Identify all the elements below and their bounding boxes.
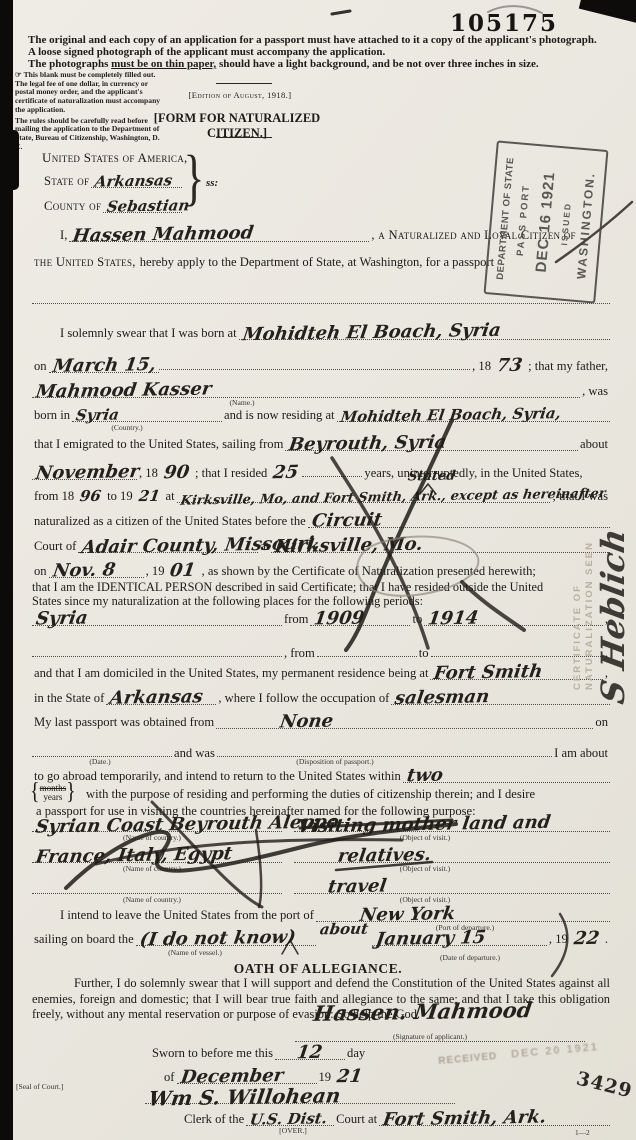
- country2-handwritten: France, Italy, Egypt: [31, 848, 237, 864]
- state-blank: Arkansas: [91, 174, 182, 188]
- born-date-line: on March 15, , 18 73 ; that my father,: [32, 356, 610, 374]
- applicant-signature-handwritten: Hassen. Mahmood: [309, 1004, 537, 1020]
- emigrated-line: that I emigrated to the United States, s…: [32, 437, 610, 452]
- divider-rule-bottom: [216, 137, 272, 138]
- last-passport-line: My last passport was obtained from None …: [32, 715, 610, 730]
- vessel-line: sailing on board the (I do not know) abo…: [32, 932, 610, 947]
- fee-paragraph-1: ☞ This blank must be completely filled o…: [15, 71, 168, 115]
- places-handwritten: Kirksville, Mo, and Fort Smith, Ark., ex…: [175, 488, 610, 508]
- stated-insertion-handwritten: Stated: [403, 471, 460, 484]
- period1-from-handwritten: 1909: [310, 612, 370, 625]
- notice-line-3: The photographs must be on thin paper, s…: [28, 58, 616, 70]
- object1-caption: (Object of visit.): [400, 833, 450, 842]
- born-line: I solemnly swear that I was born at Mohi…: [58, 326, 610, 341]
- country-row-3: travel: [32, 880, 610, 894]
- apply-smallcaps: the United States,: [32, 255, 138, 270]
- father-country-handwritten: Syria: [71, 409, 124, 422]
- edition-note: [Edition of August, 1918.]: [150, 90, 330, 100]
- vessel-handwritten: (I do not know): [135, 932, 300, 947]
- scan-edge-left: [0, 0, 13, 1140]
- from-year-handwritten: 96: [75, 490, 106, 503]
- years-option: years: [43, 793, 62, 802]
- name-blank: Hassen Mahmood: [69, 228, 369, 242]
- vessel-caption: (Name of vessel.): [168, 948, 222, 957]
- sworn-line: Sworn to before me this 12 day: [150, 1046, 450, 1061]
- venue-state-line: State of Arkansas: [42, 174, 182, 189]
- apply-rest: hereby apply to the Department of State,…: [138, 255, 496, 270]
- county-label: County of: [42, 199, 103, 214]
- father-residence-handwritten: Mohidteh El Boach, Syria,: [335, 407, 565, 423]
- nat-year-handwritten: 01: [166, 565, 201, 578]
- ss-abbreviation: ss:: [206, 177, 218, 189]
- country-caption: (Country.): [111, 423, 142, 432]
- county-handwritten: Sebastian: [102, 199, 194, 213]
- sailed-from-handwritten: Beyrouth, Syria: [284, 437, 451, 452]
- sworn-month-handwritten: December: [176, 1070, 288, 1084]
- date-caption: (Date.): [89, 757, 110, 766]
- state-occupation-line: in the State of Arkansas , where I follo…: [32, 691, 610, 706]
- sail-year-handwritten: 90: [159, 467, 194, 480]
- department-of-state-stamp: DEPARTMENT OF STATE PASS PORT DEC 16 192…: [484, 140, 609, 303]
- state-label: State of: [42, 174, 91, 189]
- return-within-line: to go abroad temporarily, and intend to …: [32, 769, 610, 784]
- nat-date-handwritten: Nov. 8: [48, 564, 120, 577]
- over-note: [OVER.]: [279, 1126, 307, 1135]
- occupation-handwritten: salesman: [390, 691, 494, 705]
- page-mark: 1—2: [575, 1128, 590, 1137]
- to-year-handwritten: 21: [134, 490, 165, 503]
- naturalized-line: naturalized as a citizen of the United S…: [32, 514, 610, 529]
- seal-of-court-note: [Seal of Court.]: [16, 1082, 63, 1091]
- country3-caption: (Name of country.): [123, 895, 181, 904]
- clerk-court-line: Clerk of the U.S. Dist. Court at Fort Sm…: [182, 1112, 610, 1127]
- period-row-1: Syria from 1909 to 1914 ,: [32, 612, 610, 627]
- period1-place-handwritten: Syria: [31, 612, 92, 625]
- periods-intro-line: States since my naturalization at the fo…: [32, 594, 610, 609]
- born-year-handwritten: 73: [492, 360, 527, 373]
- father-born-line: born in Syria and is now residing at Moh…: [32, 408, 610, 423]
- identical-person-line: that I am the IDENTICAL PERSON described…: [32, 580, 610, 595]
- serial-number: 105175: [450, 10, 558, 37]
- born-place-blank: Mohidteh El Boach, Syria: [239, 326, 610, 340]
- country-row-1: Syrian Coast Beyrouth Aleppo Visiting mo…: [32, 818, 610, 832]
- period-row-2: , from to ,: [32, 643, 610, 661]
- born-label: I solemnly swear that I was born at: [58, 326, 239, 341]
- clerk-signature-handwritten: Wm S. Willohean: [144, 1089, 345, 1104]
- certificate-seen-stamp: CERTIFICATE OF NATURALIZATION SEEN: [572, 440, 596, 690]
- name-caption: (Name.): [229, 398, 254, 407]
- born-place-handwritten: Mohidteh El Boach, Syria: [237, 325, 505, 342]
- court-abbrev-handwritten: U.S. Dist.: [245, 1112, 332, 1125]
- divider-rule-top: [216, 83, 272, 84]
- within-handwritten: two: [402, 770, 448, 783]
- months-years-bracket: { months years }: [30, 781, 76, 804]
- father-name-line: Mahmood Kasser , was: [32, 384, 610, 399]
- state-handwritten: Arkansas: [90, 174, 177, 187]
- about-insertion-handwritten: about: [315, 923, 373, 936]
- father-name-handwritten: Mahmood Kasser: [31, 383, 216, 398]
- sail-month-handwritten: November: [31, 466, 144, 480]
- object2-handwritten: relatives.: [333, 849, 436, 863]
- residence-handwritten: Fort Smith: [429, 666, 547, 680]
- oath-title: OATH OF ALLEGIANCE.: [0, 961, 636, 977]
- sworn-year-handwritten: 21: [332, 1071, 367, 1084]
- received-stamp: RECEIVED DEC 20 1921: [438, 1041, 600, 1067]
- county-blank: Sebastian: [103, 199, 182, 213]
- court-place-handwritten: Kirksville, Mo.: [270, 539, 428, 554]
- object1-handwritten: Visiting mother land and: [293, 817, 555, 834]
- notice-line-1: The original and each copy of an applica…: [28, 34, 616, 46]
- resided-years-handwritten: 25: [268, 467, 303, 480]
- court-kind-handwritten: Circuit: [307, 514, 387, 527]
- departure-year-handwritten: 22: [569, 933, 604, 946]
- object2-caption: (Object of visit.): [400, 864, 450, 873]
- period1-to-handwritten: 1914: [423, 612, 483, 625]
- signature-caption: (Signature of applicant.): [393, 1032, 467, 1041]
- born-date-handwritten: March 15,: [48, 359, 161, 373]
- country-row-2: France, Italy, Egypt relatives.: [32, 849, 610, 863]
- domicile-line: and that I am domiciled in the United St…: [32, 666, 610, 681]
- court-city-handwritten: Fort Smith, Ark.: [378, 1112, 551, 1127]
- country1-caption: (Name of country.): [123, 833, 181, 842]
- naturalization-date-line: on Nov. 8 , 19 01 , as shown by the Cert…: [32, 564, 610, 579]
- departure-date-handwritten: January 15: [371, 932, 490, 946]
- resided-from-line: from 18 96 to 19 21 at Kirksville, Mo, a…: [32, 489, 610, 504]
- docket-number: 3429: [574, 1067, 635, 1102]
- scan-corner-black: [579, 0, 636, 26]
- disposition-caption: (Disposition of passport.): [296, 757, 373, 766]
- object3-handwritten: travel: [323, 880, 391, 893]
- sail-date-line: November , 18 90 ; that I resided 25 yea…: [32, 463, 610, 481]
- applicant-name-handwritten: Hassen Mahmood: [68, 227, 258, 242]
- purpose-line-1: with the purpose of residing and perform…: [86, 787, 610, 802]
- domicile-state-handwritten: Arkansas: [105, 691, 208, 705]
- venue-county-line: County of Sebastian: [42, 199, 182, 214]
- clerk-signature-line: Wm S. Willohean: [145, 1090, 455, 1104]
- port-handwritten: New York: [355, 908, 460, 922]
- last-passport-handwritten: None: [275, 715, 338, 728]
- notice-line-2: A loose signed photograph of the applica…: [28, 46, 616, 58]
- passport-application-document: 105175 The original and each copy of an …: [0, 0, 636, 1140]
- court-line: Court of Adair County, Missouri, at Kirk…: [32, 539, 610, 554]
- sworn-day-handwritten: 12: [292, 1047, 327, 1060]
- country2-caption: (Name of country.): [123, 864, 181, 873]
- sworn-month-line: of December 19 21: [162, 1070, 412, 1085]
- margin-signature-handwritten: S Heblich: [594, 410, 632, 707]
